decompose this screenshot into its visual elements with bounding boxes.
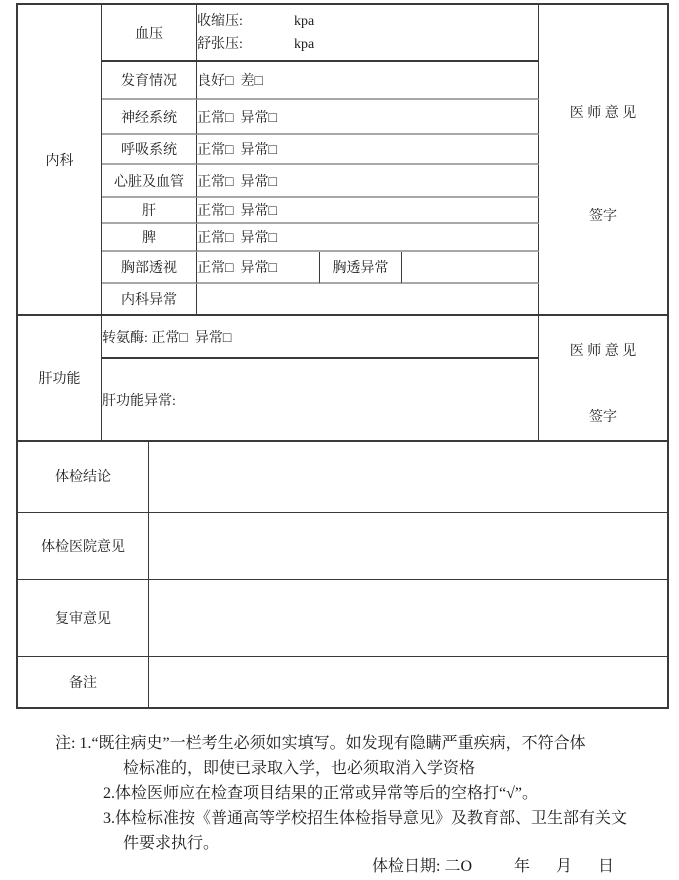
row-value: 良好□ 差□	[197, 62, 539, 100]
section-liver-label: 肝功能	[18, 316, 102, 440]
internal-doctor-opinion-cell: 医 师 意 见 签字	[539, 5, 667, 316]
row-value: 正常□ 异常□	[197, 198, 539, 224]
exam-table-upper: 内科 血压 收缩压:kpa 舒张压:kpa 医 师 意 见 签字 发育情况 良好…	[16, 3, 669, 442]
row-label: 呼吸系统	[102, 135, 197, 165]
blood-pressure-label: 血压	[102, 5, 197, 62]
liver-abnormal-label: 肝功能异常:	[102, 359, 539, 440]
notes: 注: 1.“既往病史”一栏考生必须如实填写。如发现有隐瞒严重疾病，不符合体 检标…	[0, 731, 679, 856]
note-line: 2.体检医师应在检查项目结果的正常或异常等后的空格打“√”。	[103, 781, 679, 806]
diastolic-unit: kpa	[294, 37, 314, 52]
exam-table-lower: 体检结论 体检医院意见 复审意见 备注	[16, 440, 669, 709]
chest-xray-label: 胸部透视	[102, 252, 197, 284]
hospital-opinion-value	[149, 513, 667, 580]
diastolic-line: 舒张压:kpa	[197, 33, 538, 56]
exam-date-label: 体检日期: 二O	[372, 858, 472, 875]
note-line: 3.体检标准按《普通高等学校招生体检指导意见》及教育部、卫生部有关文	[103, 806, 679, 831]
note-line: 检标准的，即使已录取入学，也必须取消入学资格	[123, 756, 679, 781]
conclusion-label: 体检结论	[18, 440, 149, 513]
row-label: 心脏及血管	[102, 165, 197, 198]
exam-date-year: 年	[514, 858, 530, 875]
row-label: 肝	[102, 198, 197, 224]
blood-pressure-value-cell: 收缩压:kpa 舒张压:kpa	[197, 5, 539, 62]
exam-date-month: 月	[556, 858, 572, 875]
diastolic-label: 舒张压:	[197, 33, 294, 56]
chest-abnormal-value	[402, 252, 539, 284]
exam-date-line: 体检日期: 二O年月日	[372, 853, 614, 876]
systolic-line: 收缩压:kpa	[197, 10, 538, 33]
exam-date-day: 日	[598, 858, 614, 875]
conclusion-value	[149, 440, 667, 513]
systolic-label: 收缩压:	[197, 10, 294, 33]
chest-xray-value: 正常□ 异常□	[197, 252, 320, 284]
remarks-value	[149, 657, 667, 707]
physical-exam-form-page: 内科 血压 收缩压:kpa 舒张压:kpa 医 师 意 见 签字 发育情况 良好…	[0, 0, 679, 880]
hospital-opinion-label: 体检医院意见	[18, 513, 149, 580]
review-opinion-value	[149, 580, 667, 657]
row-value: 正常□ 异常□	[197, 224, 539, 252]
chest-abnormal-label: 胸透异常	[320, 252, 402, 284]
doctor-opinion-label: 医 师 意 见	[539, 340, 667, 360]
doctor-opinion-label: 医 师 意 见	[539, 102, 667, 122]
systolic-unit: kpa	[294, 14, 314, 29]
row-value: 正常□ 异常□	[197, 165, 539, 198]
signature-label: 签字	[539, 205, 667, 225]
transaminase-value: 转氨酶: 正常□ 异常□	[102, 316, 539, 359]
internal-abnormal-value	[197, 284, 539, 316]
row-value: 正常□ 异常□	[197, 100, 539, 135]
row-label: 发育情况	[102, 62, 197, 100]
section-internal-label: 内科	[18, 5, 102, 316]
liver-doctor-opinion-cell: 医 师 意 见 签字	[539, 316, 667, 440]
row-label: 脾	[102, 224, 197, 252]
row-value: 正常□ 异常□	[197, 135, 539, 165]
review-opinion-label: 复审意见	[18, 580, 149, 657]
remarks-label: 备注	[18, 657, 149, 707]
row-label: 神经系统	[102, 100, 197, 135]
signature-label: 签字	[539, 406, 667, 426]
internal-abnormal-label: 内科异常	[102, 284, 197, 316]
note-line: 注: 1.“既往病史”一栏考生必须如实填写。如发现有隐瞒严重疾病，不符合体	[55, 731, 679, 756]
